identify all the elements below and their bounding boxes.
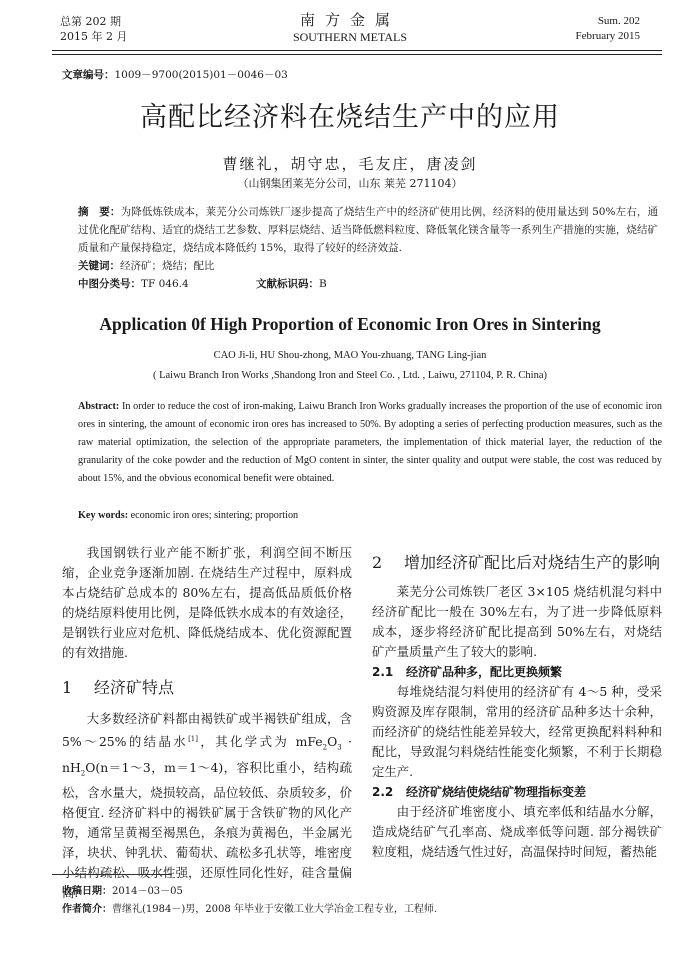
abstract-en-text: In order to reduce the cost of iron-maki…	[78, 401, 662, 484]
abstract-en-label: Abstract:	[78, 401, 119, 412]
subsection-2-2-heading: 2.2经济矿烧结使烧结矿物理指标变差	[372, 782, 662, 802]
citation-ref: [1]	[188, 735, 198, 743]
subsection-2-2-title: 经济矿烧结使烧结矿物理指标变差	[406, 785, 586, 799]
clc-value: TF 046.4	[141, 278, 189, 290]
received-date-label: 收稿日期：	[62, 886, 112, 897]
section-2-heading: 2增加经济矿配比后对烧结生产的影响	[372, 552, 662, 574]
received-date: 收稿日期：2014－03－05	[62, 884, 183, 900]
document-code: 文献标识码：B	[256, 275, 327, 293]
author-bio: 作者简介：曹继礼(1984－)男，2008 年毕业于安徽工业大学冶金工程专业，工…	[62, 902, 437, 918]
section-1-title: 经济矿特点	[94, 678, 174, 697]
subsection-2-2-paragraph: 由于经济矿堆密度小、填充率低和结晶水分解，造成烧结矿气孔率高、烧成率低等问题. …	[372, 802, 662, 862]
abstract-cn: 摘 要：为降低炼铁成本，莱芜分公司炼铁厂逐步提高了烧结生产中的经济矿使用比例，经…	[78, 203, 658, 257]
classification-row: 中图分类号：TF 046.4 文献标识码：B	[78, 275, 658, 293]
section-2-title: 增加经济矿配比后对烧结生产的影响	[404, 553, 660, 572]
article-number-value: 1009－9700(2015)01－0046－03	[115, 69, 288, 81]
section-1-heading: 1经济矿特点	[62, 677, 352, 699]
section-1-number: 1	[62, 677, 94, 699]
keywords-cn-label: 关键词：	[78, 260, 120, 272]
authors-cn: 曹继礼，胡守忠，毛友庄，唐凌剑	[0, 153, 700, 174]
header-rule-thin	[52, 54, 662, 55]
keywords-en-text: economic iron ores; sintering; proportio…	[128, 510, 298, 521]
abstract-cn-text: 为降低炼铁成本，莱芜分公司炼铁厂逐步提高了烧结生产中的经济矿使用比例，经济料的使…	[78, 206, 658, 254]
affiliation-en: ( Laiwu Branch Iron Works ,Shandong Iron…	[0, 370, 700, 381]
section-2-paragraph: 莱芜分公司炼铁厂老区 3×105 烧结机混匀料中经济矿配比一般在 30%左右，为…	[372, 582, 662, 662]
issue-number-en: Sum. 202	[576, 14, 640, 29]
clc-label: 中图分类号：	[78, 278, 141, 290]
author-bio-value: 曹继礼(1984－)男，2008 年毕业于安徽工业大学冶金工程专业，工程师.	[112, 904, 437, 915]
subsection-2-1-paragraph: 每堆烧结混匀料使用的经济矿有 4～5 种，受采购资源及库存限制，常用的经济矿品种…	[372, 682, 662, 782]
author-bio-label: 作者简介：	[62, 904, 112, 915]
footnote-rule	[52, 874, 172, 875]
keywords-cn: 关键词：经济矿；烧结；配比	[78, 257, 215, 275]
body-column-left: 我国钢铁行业产能不断扩张，利润空间不断压缩，企业竞争逐渐加剧. 在烧结生产过程中…	[62, 543, 352, 903]
abstract-cn-label: 摘 要：	[78, 206, 121, 218]
subsection-2-2-number: 2.2	[372, 782, 406, 802]
header-right: Sum. 202 February 2015	[576, 14, 640, 44]
keywords-en-label: Key words:	[78, 510, 128, 521]
authors-en: CAO Ji-li, HU Shou-zhong, MAO You-zhuang…	[0, 350, 700, 361]
article-number-label: 文章编号：	[62, 69, 115, 81]
title-cn: 高配比经济料在烧结生产中的应用	[0, 95, 700, 134]
subsection-2-1-heading: 2.1经济矿品种多，配比更换频繁	[372, 662, 662, 682]
article-number: 文章编号：1009－9700(2015)01－0046－03	[62, 67, 288, 82]
keywords-en: Key words: economic iron ores; sintering…	[78, 507, 298, 525]
subsection-2-1-number: 2.1	[372, 662, 406, 682]
title-en: Application 0f High Proportion of Econom…	[0, 314, 700, 335]
body-column-right: 2增加经济矿配比后对烧结生产的影响 莱芜分公司炼铁厂老区 3×105 烧结机混匀…	[372, 552, 662, 862]
intro-paragraph: 我国钢铁行业产能不断扩张，利润空间不断压缩，企业竞争逐渐加剧. 在烧结生产过程中…	[62, 543, 352, 663]
received-date-value: 2014－03－05	[112, 886, 183, 897]
subsection-2-1-title: 经济矿品种多，配比更换频繁	[406, 665, 562, 679]
header-rule-thick	[52, 50, 662, 51]
section-2-number: 2	[372, 552, 404, 574]
doc-code-value: B	[319, 278, 327, 290]
issue-date-en: February 2015	[576, 29, 640, 44]
doc-code-label: 文献标识码：	[256, 278, 319, 290]
abstract-en: Abstract: In order to reduce the cost of…	[78, 398, 662, 488]
keywords-cn-text: 经济矿；烧结；配比	[120, 260, 215, 272]
affiliation-cn: （山钢集团莱芜分公司，山东 莱芜 271104）	[0, 175, 700, 191]
